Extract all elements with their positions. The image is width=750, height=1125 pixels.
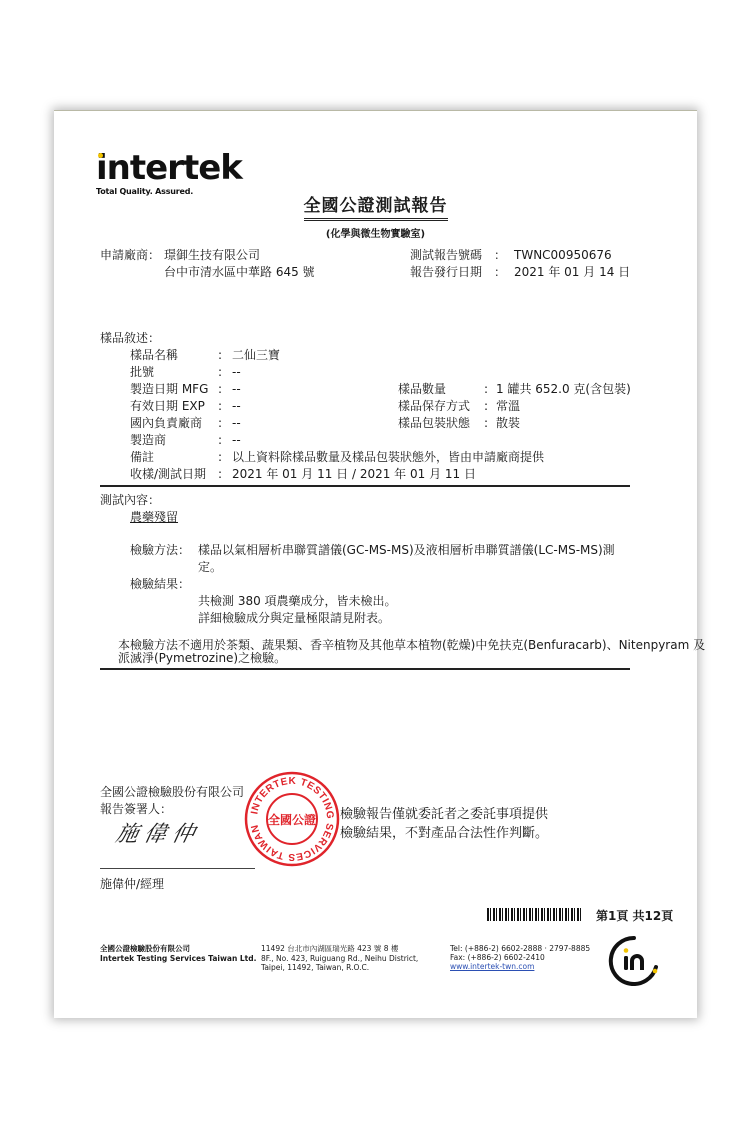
sample-dates: 2021 年 01 月 11 日 / 2021 年 01 月 11 日 <box>232 466 476 483</box>
sample-field-label: 備註 <box>130 449 154 466</box>
method-text-cont: 定。 <box>198 559 222 576</box>
intertek-logo: intertek Total Quality. Assured. <box>96 151 242 196</box>
sample-quantity: 1 罐共 652.0 克(含包裝) <box>496 381 631 398</box>
sample-field-label: 樣品數量 <box>398 381 446 398</box>
company-seal-stamp: INTERTEK TESTING SERVICES TAIWAN LTD. 全國… <box>244 771 340 867</box>
sample-field-value: -- <box>232 415 241 432</box>
method-label: 檢驗方法： <box>130 542 190 559</box>
footer-company-en: Intertek Testing Services Taiwan Ltd. <box>100 954 256 963</box>
sample-field-label: 國內負責廠商 <box>130 415 202 432</box>
report-number-colon: ： <box>494 247 506 264</box>
footer-website-link[interactable]: www.intertek-twn.com <box>450 962 534 971</box>
sample-field-label: 樣品名稱 <box>130 347 178 364</box>
sample-field-value: -- <box>232 381 241 398</box>
barcode <box>487 908 583 921</box>
sample-storage: 常溫 <box>496 398 520 415</box>
footer-address-zh: 11492 台北市內湖區瑞光路 423 號 8 樓 <box>261 944 398 953</box>
method-note-cont: 派滅淨(Pymetrozine)之檢驗。 <box>118 652 286 665</box>
applicant-company: 璟御生技有限公司 <box>164 247 260 264</box>
field-colon: : <box>218 398 222 415</box>
report-number-label: 測試報告號碼 <box>410 247 482 264</box>
field-colon: : <box>218 347 222 364</box>
logo-dot-icon <box>98 153 103 158</box>
field-colon: : <box>484 415 488 432</box>
report-subtitle: (化學與微生物實驗室) <box>54 225 697 240</box>
sample-field-label: 樣品包裝狀態 <box>398 415 470 432</box>
footer-tel: Tel: (+886-2) 6602-2888 · 2797-8885 <box>450 944 590 953</box>
report-date: 2021 年 01 月 14 日 <box>514 264 630 281</box>
sample-field-label: 製造日期 MFG <box>130 381 208 398</box>
field-colon: : <box>218 432 222 449</box>
disclaimer-line: 檢驗報告僅就委託者之委託事項提供 <box>340 805 548 824</box>
sample-packaging: 散裝 <box>496 415 520 432</box>
sample-remark: 以上資料除樣品數量及樣品包裝狀態外，皆由申請廠商提供 <box>232 449 544 466</box>
footer-company-zh: 全國公證檢驗股份有限公司 <box>100 944 190 953</box>
report-number: TWNC00950676 <box>514 247 612 264</box>
logo-wordmark: intertek <box>96 148 242 188</box>
section-divider <box>100 485 630 487</box>
field-colon: : <box>218 466 222 483</box>
signer-label: 報告簽署人： <box>100 801 172 818</box>
intertek-in-logo-icon <box>607 934 661 988</box>
sample-section-label: 樣品敘述： <box>100 330 160 347</box>
sample-field-value: -- <box>232 432 241 449</box>
field-colon: : <box>218 449 222 466</box>
sample-field-label: 有效日期 EXP <box>130 398 205 415</box>
field-colon: : <box>484 381 488 398</box>
report-page: intertek Total Quality. Assured. 全國公證測試報… <box>54 110 697 1018</box>
field-colon: : <box>218 364 222 381</box>
applicant-label: 申請廠商： <box>100 247 160 264</box>
report-date-colon: ： <box>494 264 506 281</box>
sample-field-label: 收樣/測試日期 <box>130 466 206 483</box>
method-text: 樣品以氣相層析串聯質譜儀(GC-MS-MS)及液相層析串聯質譜儀(LC-MS-M… <box>198 542 615 559</box>
applicant-address: 台中市清水區中華路 645 號 <box>164 264 315 281</box>
disclaimer-line: 檢驗結果，不對產品合法性作判斷。 <box>340 824 548 843</box>
signing-company: 全國公證檢驗股份有限公司 <box>100 784 244 801</box>
report-title: 全國公證測試報告 <box>304 191 448 221</box>
footer-address-en-cont: Taipei, 11492, Taiwan, R.O.C. <box>261 963 369 972</box>
sample-field-label: 製造商 <box>130 432 166 449</box>
sample-field-value: -- <box>232 398 241 415</box>
result-text: 共檢測 380 項農藥成分，皆未檢出。 <box>198 593 397 610</box>
handwritten-signature: 施偉仲 <box>113 821 203 849</box>
field-colon: : <box>218 415 222 432</box>
sample-field-label: 批號 <box>130 364 154 381</box>
footer-address-en: 8F., No. 423, Ruiguang Rd., Neihu Distri… <box>261 954 418 963</box>
signature-line <box>100 868 255 869</box>
report-date-label: 報告發行日期 <box>410 264 482 281</box>
test-item: 農藥殘留 <box>130 509 178 526</box>
section-divider <box>100 668 630 670</box>
sample-field-label: 樣品保存方式 <box>398 398 470 415</box>
field-colon: : <box>218 381 222 398</box>
footer-fax: Fax: (+886-2) 6602-2410 <box>450 953 545 962</box>
svg-text:全國公證: 全國公證 <box>268 812 316 827</box>
sample-field-value: 二仙三寶 <box>232 347 280 364</box>
field-colon: : <box>484 398 488 415</box>
result-label: 檢驗結果： <box>130 576 190 593</box>
test-section-label: 測試內容： <box>100 492 160 509</box>
result-detail: 詳細檢驗成分與定量極限請見附表。 <box>198 610 390 627</box>
sample-field-value: -- <box>232 364 241 381</box>
page-indicator: 第1頁 共12頁 <box>596 908 673 925</box>
report-title-block: 全國公證測試報告 (化學與微生物實驗室) <box>54 191 697 240</box>
signer-name-title: 施偉仲/經理 <box>100 876 164 893</box>
